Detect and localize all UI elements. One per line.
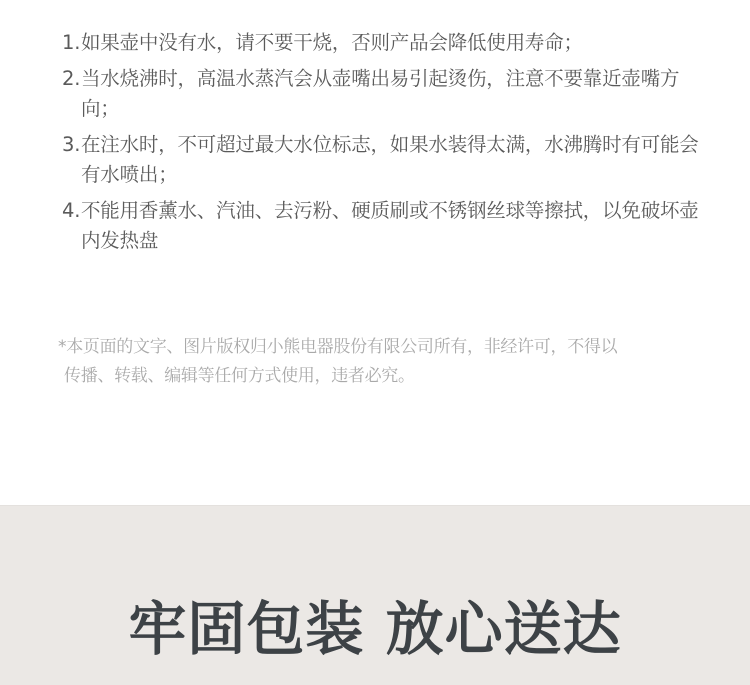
usage-note-4: 4. 不能用香薰水、汽油、去污粉、硬质刷或不锈钢丝球等擦拭，以免破坏壶内发热盘 [62,196,702,256]
usage-note-2: 2. 当水烧沸时，高温水蒸汽会从壶嘴出易引起烫伤，注意不要靠近壶嘴方向； [62,64,702,124]
packaging-banner: 牢固包装 放心送达 [0,505,750,685]
note-number: 3. [62,130,80,160]
note-text: 当水烧沸时，高温水蒸汽会从壶嘴出易引起烫伤，注意不要靠近壶嘴方向； [81,67,679,120]
note-text: 在注水时，不可超过最大水位标志，如果水装得太满，水沸腾时有可能会有水喷出； [81,133,699,186]
usage-note-3: 3. 在注水时，不可超过最大水位标志，如果水装得太满，水沸腾时有可能会有水喷出； [62,130,702,190]
banner-title: 牢固包装 放心送达 [0,594,750,664]
usage-notes-list: 1. 如果壶中没有水，请不要干烧，否则产品会降低使用寿命； 2. 当水烧沸时，高… [62,28,702,262]
note-number: 2. [62,64,80,94]
note-number: 4. [62,196,80,226]
copyright-notice: *本页面的文字、图片版权归小熊电器股份有限公司所有，非经许可，不得以 传播、转载… [58,333,708,391]
note-text: 如果壶中没有水，请不要干烧，否则产品会降低使用寿命； [81,31,583,54]
usage-note-1: 1. 如果壶中没有水，请不要干烧，否则产品会降低使用寿命； [62,28,702,58]
copyright-line-2: 传播、转载、编辑等任何方式使用，违者必究。 [58,362,708,391]
note-number: 1. [62,28,80,58]
note-text: 不能用香薰水、汽油、去污粉、硬质刷或不锈钢丝球等擦拭，以免破坏壶内发热盘 [81,199,699,252]
copyright-line-1: *本页面的文字、图片版权归小熊电器股份有限公司所有，非经许可，不得以 [58,337,617,357]
